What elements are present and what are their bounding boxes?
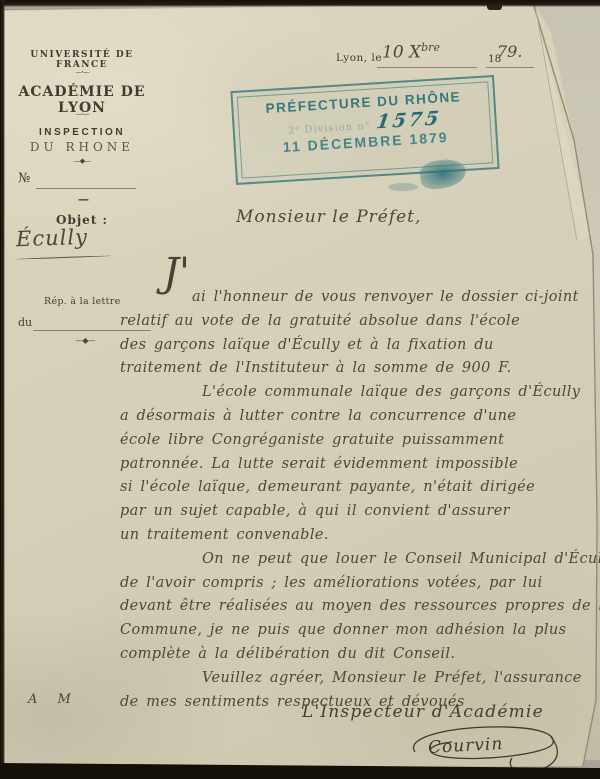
date-day-suffix: bre [421,41,440,54]
date-day: 10 X [382,43,421,63]
closing-title: L'Inspecteur d'Académie [302,702,544,722]
letter-line: Commune, je ne puis que donner mon adhés… [120,619,594,643]
letterhead-department: DU RHONE [14,140,150,154]
letterhead-inspection: INSPECTION [14,127,150,138]
scan-frame-left [0,0,5,779]
letter-line: complète à la délibération du dit Consei… [120,643,594,667]
letter-line: école libre Congréganiste gratuite puiss… [120,429,594,453]
footer-note: A M [28,692,71,707]
year-handwritten: 79. [497,42,522,61]
reply-label: Rép. à la lettre [44,296,121,307]
salutation: Monsieur le Préfet, [236,207,421,227]
scan-frame-top [0,0,600,7]
letter-line: devant être réalisées au moyen des resso… [120,595,594,619]
signature-name: Courvin [428,734,504,758]
letter-line: patronnée. La lutte serait évidemment im… [120,453,594,477]
letter-line: des garçons laïque d'Écully et à la fixa… [120,334,594,358]
ornament-divider-icon: —◆— [40,336,130,345]
scanned-letter-page: UNIVERSITÉ DE FRANCE —·— ACADÉMIE DE LYO… [0,0,600,779]
year-blank-line [486,67,534,68]
letter-line: un traitement convenable. [120,524,594,548]
date-printed-prefix: Lyon, le [336,52,382,64]
letter-line: traitement de l'Instituteur à la somme d… [120,357,594,381]
letter-line: ai l'honneur de vous renvoyer le dossier… [120,286,594,310]
date-handwritten: 10 Xbre [382,41,440,63]
date-blank-line [377,67,477,68]
ornament-divider-icon: —·— [14,68,150,76]
letter-body: ai l'honneur de vous renvoyer le dossier… [120,286,594,714]
letter-line: relatif au vote de la gratuité absolue d… [120,310,594,334]
dash-divider: — [78,193,89,206]
letter-line: de l'avoir compris ; les améliorations v… [120,572,594,596]
reply-du-label: du [18,316,32,329]
number-blank-line [36,188,136,189]
stamp-ink-smudge [388,183,418,191]
letter-line: par un sujet capable, à qui il convient … [120,500,594,524]
ornament-divider-icon: —·— [14,110,150,118]
letter-line: On ne peut que louer le Conseil Municipa… [120,548,594,572]
number-label: № [18,171,30,186]
letter-line: si l'école laïque, demeurant payante, n'… [120,476,594,500]
objet-value-handwritten: Écully [16,225,89,251]
letterhead-university: UNIVERSITÉ DE FRANCE [14,50,150,70]
letter-line: a désormais à lutter contre la concurren… [120,405,594,429]
letter-line: L'école communale laïque des garçons d'É… [120,381,594,405]
ornament-divider-icon: —◆— [14,157,150,165]
stamp-number-handwritten: 1575 [375,107,443,133]
letter-line: Veuillez agréer, Monsieur le Préfet, l'a… [120,667,594,691]
